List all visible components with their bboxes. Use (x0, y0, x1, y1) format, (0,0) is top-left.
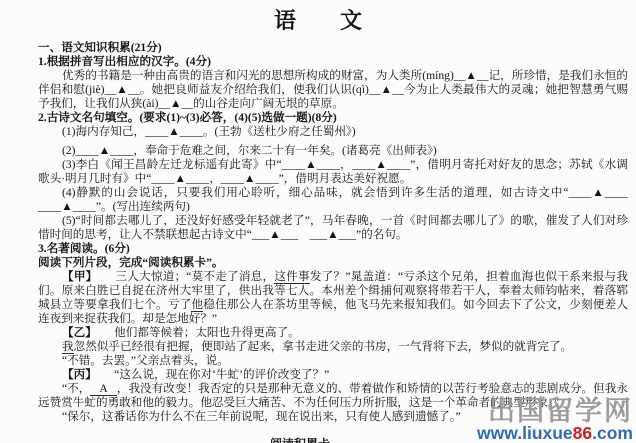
passage-jia: 【甲】 三人大惊道；“莫不走了消息，这件事发了？”晁盖道：“亏杀这个兄弟，担着血… (38, 270, 628, 326)
watermark-site-name: 出国留学网 (477, 398, 633, 424)
page-title: 语 文 (0, 8, 636, 34)
q2-item-2: (2)____▲____，奉命于危难之间，尔来二十有一年矣。(诸葛亮《出师表》) (38, 144, 628, 158)
jia-underlined-word: 他 (191, 298, 203, 312)
passage-yi-line1: 【乙】 他们都等候着；太阳也升得更高了。 (38, 326, 628, 340)
watermark-url-prefix: www.liuxue (477, 423, 573, 443)
q2-item-1: (1)海内存知己，____▲____。(王勃《送杜少府之任蜀州》) (38, 125, 628, 139)
section-1-heading: 一、语文知识积累(21分) (38, 41, 628, 55)
passage-yi-line3: “不错。去罢。”父亲点着头，说。 (38, 354, 628, 368)
bing-text: “这么说，现在你对‘牛虻’的评价改变了？” (91, 368, 329, 381)
watermark: 出国留学网 www.liuxue86.com (477, 398, 633, 442)
cutoff-heading: 阅读积累卡 (60, 437, 540, 443)
q2-item-4: (4)静默的山会说话，只要我们用心聆听，细心品味，就会悟到许多生活的道理，如古诗… (38, 186, 628, 214)
yi-text: 他们都等候着；太阳也升得更高了。 (91, 326, 300, 339)
passage-yi-line2: 我忽然似乎已经很有把握，便即站了起来，拿书走进父亲的书房，一气背将下去，梦似的就… (38, 340, 628, 354)
watermark-url: www.liuxue86.com (477, 424, 633, 442)
question-1-heading: 1.根据拼音写出相应的汉字。(4分) (38, 55, 628, 69)
question-3-heading: 3.名著阅读。(6分) (38, 242, 628, 256)
q2-item-3: (3)李白《闻王昌龄左迁龙标遥有此寄》中“____▲____，____▲____… (38, 158, 628, 186)
q3-reading-instruction: 阅读下列片段，完成“阅读积累卡”。 (38, 256, 628, 270)
yi-text: 忽然似乎已经很有把握，便即站了起来，拿书走进父亲的书房，一气背将下去，梦似的就背… (74, 340, 573, 353)
watermark-url-86: 86 (573, 423, 592, 443)
q2-item-5: (5)“时间都去哪儿了，还没好好感受年轻就老了”，马年春晚，一首《时间都去哪儿了… (38, 214, 628, 242)
yi-underlined-word: 我 (62, 340, 74, 354)
bing-text: “不， (62, 382, 90, 395)
label-yi: 【乙】 (62, 326, 91, 339)
exam-content: 一、语文知识积累(21分) 1.根据拼音写出相应的汉字。(4分) 优秀的书籍是一… (0, 41, 636, 424)
label-jia: 【甲】 (62, 270, 92, 283)
question-2-heading: 2.古诗文名句填空。(要求(1)~(3)必答，(4)(5)选做一题)(8分) (38, 111, 628, 125)
exam-paper-page: 语 文 一、语文知识积累(21分) 1.根据拼音写出相应的汉字。(4分) 优秀的… (0, 0, 636, 443)
watermark-url-suffix: .com (592, 423, 633, 443)
fill-blank-a: A (90, 382, 116, 396)
jia-text: 三人大惊道；“莫不走了消息， (92, 270, 275, 283)
passage-bing-line1: 【丙】 “这么说，现在你对‘牛虻’的评价改变了？” (38, 368, 628, 382)
jia-underlined-phrase: 这件事 (274, 270, 310, 284)
question-1-passage: 优秀的书籍是一种由高贵的语言和闪光的思想所构成的财富，为人类所(míng)__▲… (38, 69, 628, 111)
label-bing: 【丙】 (62, 368, 91, 381)
